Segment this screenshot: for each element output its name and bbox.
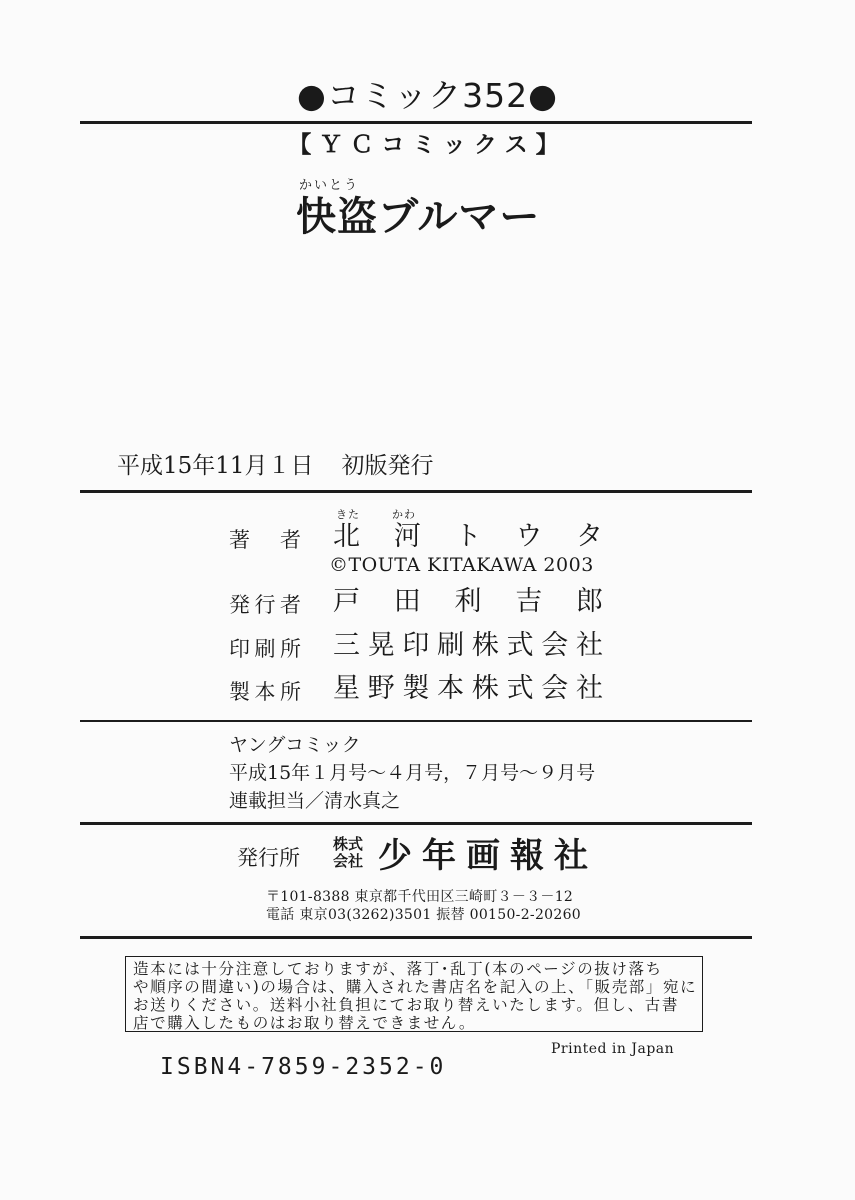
author-name: 北河トウタ [333, 520, 603, 554]
printer-name: 三晃印刷株式会社 [333, 629, 603, 663]
printer-label: 印刷所 [229, 634, 301, 664]
printed-in-japan: Printed in Japan [551, 1040, 674, 1058]
edition-label: 初版発行 [342, 453, 434, 479]
isbn-number: ISBN4-7859-2352-0 [160, 1052, 446, 1082]
publisher-address: 〒101-8388 東京都千代田区三崎町３－３－12 [266, 887, 573, 907]
serial-editor: 連載担当／清水真之 [229, 788, 400, 814]
corp-type-line1: 株式 [333, 836, 367, 853]
publisher-label: 発行所 [237, 843, 300, 873]
divider-top [80, 121, 752, 124]
series-label: ●コミック352● [0, 74, 855, 118]
divider-date [80, 490, 752, 493]
divider-serial [80, 822, 752, 825]
notice-line: お送りください。送料小社負担にてお取り替えいたします。但し、古書 [133, 996, 694, 1014]
serial-issues: 平成15年１月号～４月号，７月号～９月号 [229, 760, 595, 786]
copyright-notice: ©TOUTA KITAKAWA 2003 [329, 552, 594, 578]
binder-label: 製本所 [229, 677, 301, 707]
notice-line: 店で購入したものはお取り替えできません。 [133, 1014, 694, 1032]
publication-date: 平成15年11月１日 [117, 453, 314, 479]
serial-magazine: ヤングコミック [229, 732, 361, 758]
binder-name: 星野製本株式会社 [333, 672, 603, 706]
author-label: 著者 [229, 525, 301, 555]
publisher-person-label: 発行者 [229, 590, 301, 620]
book-title: 快盗ブルマー [296, 192, 540, 242]
publication-date-line: 平成15年11月１日初版発行 [117, 450, 434, 482]
publisher-name: 少年画報社 [378, 834, 598, 878]
publisher-person-name: 戸田利吉郎 [333, 585, 603, 619]
corp-type-line2: 会社 [333, 853, 367, 870]
notice-line: 造本には十分注意しておりますが、落丁･乱丁(本のページの抜け落ち [133, 960, 694, 978]
publisher-phone: 電話 東京03(3262)3501 振替 00150-2-20260 [266, 905, 581, 925]
defect-notice-box: 造本には十分注意しておりますが、落丁･乱丁(本のページの抜け落ち や順序の間違い… [125, 956, 703, 1032]
divider-publisher [80, 936, 752, 939]
title-ruby: かいとう [299, 174, 359, 193]
notice-line: や順序の間違い)の場合は、購入された書店名を記入の上、「販売部」宛に [133, 978, 694, 996]
imprint-label: 【ＹＣコミックス】 [0, 130, 855, 160]
divider-credits [80, 720, 752, 722]
corp-type-mark: 株式 会社 [333, 836, 367, 870]
